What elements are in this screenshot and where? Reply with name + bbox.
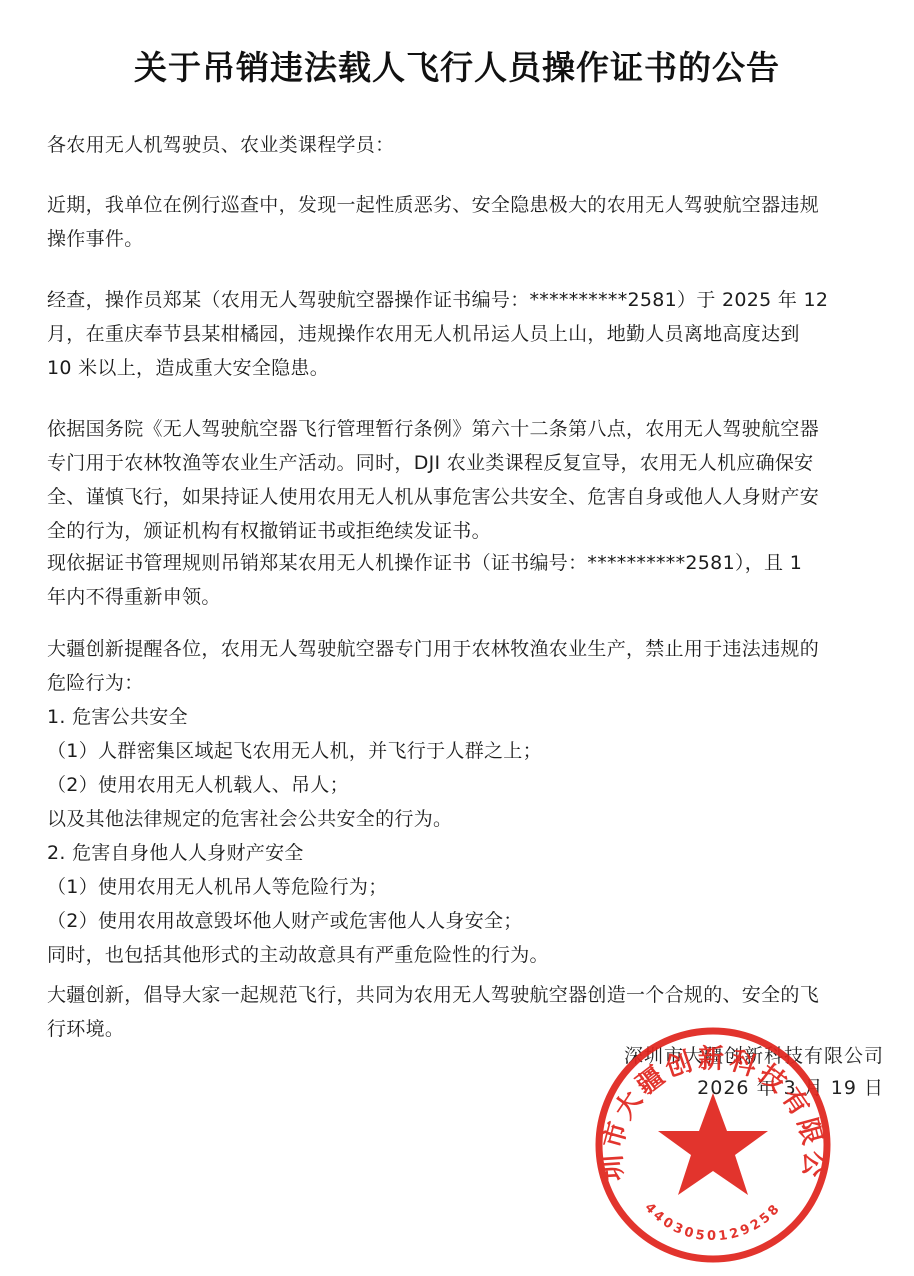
text-line: 大疆创新，倡导大家一起规范飞行，共同为农用无人驾驶航空器创造一个合规的、安全的飞 xyxy=(47,978,887,1012)
list-heading: 2. 危害自身他人人身财产安全 xyxy=(47,836,887,870)
paragraph-closing: 大疆创新，倡导大家一起规范飞行，共同为农用无人驾驶航空器创造一个合规的、安全的飞… xyxy=(47,978,887,1046)
document-title: 关于吊销违法载人飞行人员操作证书的公告 xyxy=(0,42,914,89)
text-line: 专门用于农林牧渔等农业生产活动。同时，DJI 农业类课程反复宣导，农用无人机应确… xyxy=(47,446,887,480)
company-name: 深圳市大疆创新科技有限公司 xyxy=(624,1040,884,1072)
list-note: 以及其他法律规定的危害社会公共安全的行为。 xyxy=(47,802,887,836)
text-line: 大疆创新提醒各位，农用无人驾驶航空器专门用于农林牧渔农业生产，禁止用于违法违规的 xyxy=(47,632,887,666)
text-line: 全的行为，颁证机构有权撤销证书或拒绝续发证书。 xyxy=(47,514,887,548)
issue-date: 2026 年 3 月 19 日 xyxy=(624,1072,884,1104)
star-icon xyxy=(658,1093,768,1195)
text-line: 依据国务院《无人驾驶航空器飞行管理暂行条例》第六十二条第八点，农用无人驾驶航空器 xyxy=(47,412,887,446)
list-note: 同时，也包括其他形式的主动故意具有严重危险性的行为。 xyxy=(47,938,887,972)
list-heading: 1. 危害公共安全 xyxy=(47,700,887,734)
list-item: （1）人群密集区域起飞农用无人机，并飞行于人群之上； xyxy=(47,734,887,768)
paragraph-investigation: 经查，操作员郑某（农用无人驾驶航空器操作证书编号：**********2581）… xyxy=(47,283,887,385)
signature-block: 深圳市大疆创新科技有限公司 2026 年 3 月 19 日 xyxy=(624,1040,884,1104)
list-item: （1）使用农用无人机吊人等危险行为； xyxy=(47,870,887,904)
text-line: 操作事件。 xyxy=(47,222,887,256)
paragraph-reminder: 大疆创新提醒各位，农用无人驾驶航空器专门用于农林牧渔农业生产，禁止用于违法违规的… xyxy=(47,632,887,972)
paragraph-incident: 近期，我单位在例行巡查中，发现一起性质恶劣、安全隐患极大的农用无人驾驶航空器违规… xyxy=(47,188,887,256)
text-line: 近期，我单位在例行巡查中，发现一起性质恶劣、安全隐患极大的农用无人驾驶航空器违规 xyxy=(47,188,887,222)
announcement-document: 关于吊销违法载人飞行人员操作证书的公告 各农用无人机驾驶员、农业类课程学员： 近… xyxy=(0,0,914,1276)
text-line: 现依据证书管理规则吊销郑某农用无人机操作证书（证书编号：**********25… xyxy=(47,546,887,580)
salutation: 各农用无人机驾驶员、农业类课程学员： xyxy=(47,128,887,162)
text-line: 年内不得重新申领。 xyxy=(47,580,887,614)
paragraph-regulation: 依据国务院《无人驾驶航空器飞行管理暂行条例》第六十二条第八点，农用无人驾驶航空器… xyxy=(47,412,887,548)
text-line: 10 米以上，造成重大安全隐患。 xyxy=(47,351,887,385)
text-line: 危险行为： xyxy=(47,666,887,700)
paragraph-revocation: 现依据证书管理规则吊销郑某农用无人机操作证书（证书编号：**********25… xyxy=(47,546,887,614)
text-line: 全、谨慎飞行，如果持证人使用农用无人机从事危害公共安全、危害自身或他人人身财产安 xyxy=(47,480,887,514)
list-item: （2）使用农用无人机载人、吊人； xyxy=(47,768,887,802)
svg-text:4403050129258: 4403050129258 xyxy=(641,1200,784,1244)
text-line: 月，在重庆奉节县某柑橘园，违规操作农用无人机吊运人员上山，地勤人员离地高度达到 xyxy=(47,317,887,351)
salutation-text: 各农用无人机驾驶员、农业类课程学员： xyxy=(47,128,887,162)
text-line: 经查，操作员郑某（农用无人驾驶航空器操作证书编号：**********2581）… xyxy=(47,283,887,317)
list-item: （2）使用农用故意毁坏他人财产或危害他人人身安全； xyxy=(47,904,887,938)
